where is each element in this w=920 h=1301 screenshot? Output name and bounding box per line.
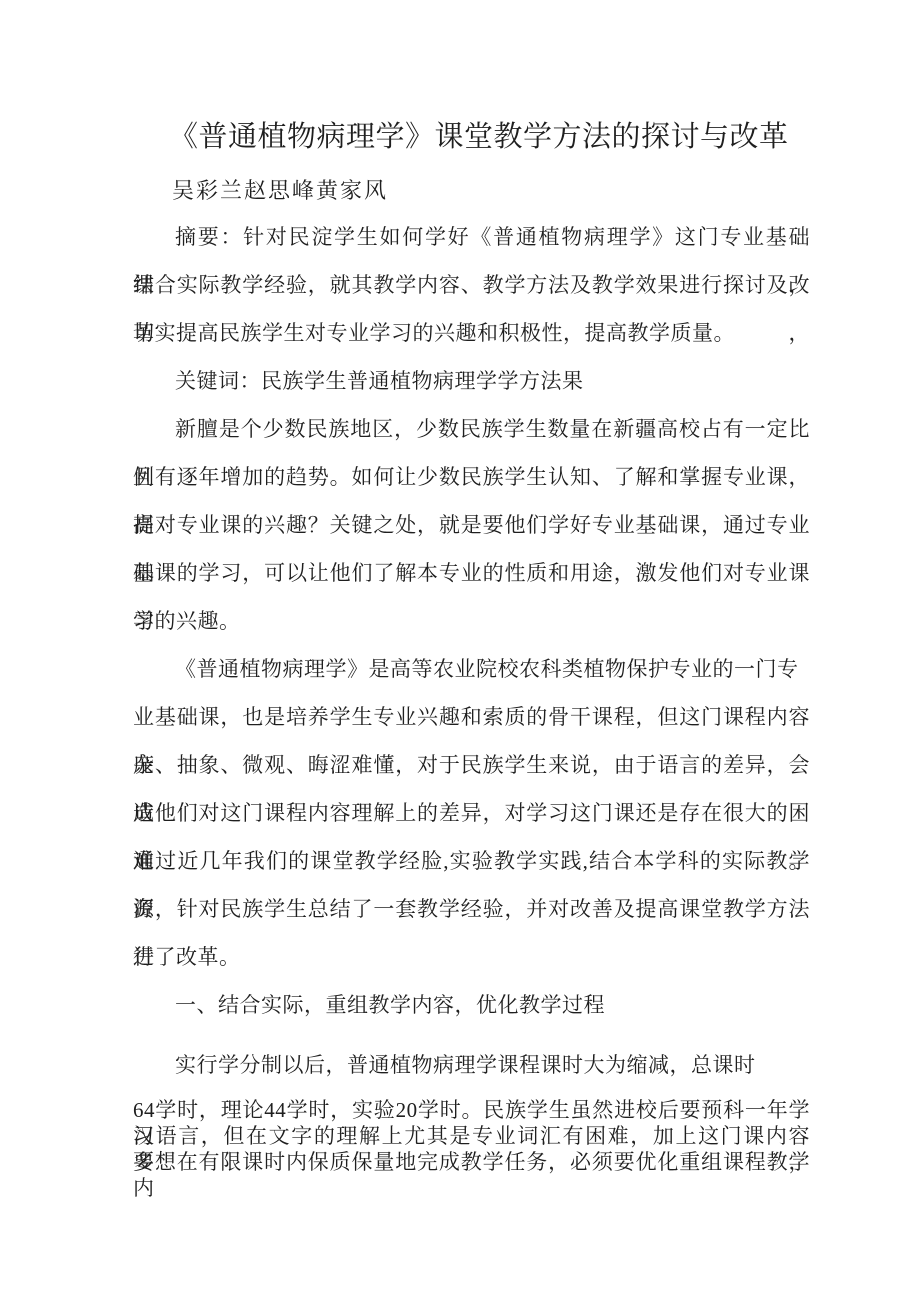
text-line: 高对专业课的兴趣？关键之处，就是要他们学好专业基础课，通过专业基 xyxy=(133,501,810,549)
text-line: 结合实际教学经验，就其教学内容、教学方法及教学效果进行探讨及改革， xyxy=(133,261,810,309)
authors-byline: 吴彩兰赵思峰黄家风 xyxy=(133,176,810,206)
text-line: 要想在有限课时内保质保量地完成教学任务，必须要优化重组课程教学内 xyxy=(133,1149,810,1175)
document-content: 《普通植物病理学》课堂教学方法的探讨与改革 吴彩兰赵思峰黄家风 摘要：针对民淀学… xyxy=(133,0,810,1175)
text-line: 源，针对民族学生总结了一套教学经验，并对改善及提高课堂教学方法进 xyxy=(133,885,810,933)
text-line: 行了改革。 xyxy=(133,933,810,981)
text-line: 新膻是个少数民族地区，少数民族学生数量在新疆高校占有一定比例 xyxy=(133,405,810,453)
text-line: 汉语言，但在文字的理解上尤其是专业词汇有困难，加上这门课内容多， xyxy=(133,1123,810,1149)
text-line: 通过近几年我们的课堂教学经脸,实验教学实践,结合本学科的实际教学资 xyxy=(133,837,810,885)
text-line: 关键词：民族学生普通植物病理学学方法果 xyxy=(133,357,810,405)
heading-line: 一、结合实际，重组教学内容，优化教学过程 xyxy=(133,981,810,1029)
text-line: 《普通植物病理学》是高等农业院校农科类植物保护专业的一门专 xyxy=(133,645,810,693)
article-title: 《普通植物病理学》课堂教学方法的探讨与改革 xyxy=(133,114,810,160)
section1-paragraph: 实行学分制以后，普通植物病理学课程课时大为缩减，总课时 64学时，理论44学时，… xyxy=(133,1041,810,1175)
text-line: 且有逐年增加的趋势。如何让少数民族学生认知、了解和掌握专业课，提 xyxy=(133,453,810,501)
text-line: 64学时，理论44学时，实验20学时。民族学生虽然进校后要预科一年学习 xyxy=(133,1097,810,1123)
text-line: 成他们对这门课程内容理解上的差异，对学习这门课还是存在很大的困难。 xyxy=(133,789,810,837)
text-line: 杂、抽象、微观、晦涩难懂，对于民族学生来说，由于语言的差异，会造 xyxy=(133,741,810,789)
section-heading: 一、结合实际，重组教学内容，优化教学过程 xyxy=(133,981,810,1029)
text-line: 实行学分制以后，普通植物病理学课程课时大为缩减，总课时 xyxy=(133,1041,810,1089)
text-line: 摘要：针对民淀学生如何学好《普通植物病理学》这门专业基础课， xyxy=(133,213,810,261)
text-line: 础课的学习，可以让他们了解本专业的性质和用途，激发他们对专业课学 xyxy=(133,549,810,597)
text-line: 切实提高民族学生对专业学习的兴趣和积极性，提高教学质量。 xyxy=(133,309,810,357)
intro-paragraph: 新膻是个少数民族地区，少数民族学生数量在新疆高校占有一定比例 且有逐年增加的趋势… xyxy=(133,405,810,645)
keywords-paragraph: 关键词：民族学生普通植物病理学学方法果 xyxy=(133,357,810,405)
course-paragraph: 《普通植物病理学》是高等农业院校农科类植物保护专业的一门专 业基础课，也是培养学… xyxy=(133,645,810,981)
body-text: 摘要：针对民淀学生如何学好《普通植物病理学》这门专业基础课， 结合实际教学经验，… xyxy=(133,213,810,1175)
abstract-paragraph: 摘要：针对民淀学生如何学好《普通植物病理学》这门专业基础课， 结合实际教学经验，… xyxy=(133,213,810,357)
text-line: 业基础课，也是培养学生专业兴趣和索质的骨干课程，但这门课程内容庞 xyxy=(133,693,810,741)
text-line: 习的兴趣。 xyxy=(133,597,810,645)
document-page: 《普通植物病理学》课堂教学方法的探讨与改革 吴彩兰赵思峰黄家风 摘要：针对民淀学… xyxy=(0,0,920,1301)
